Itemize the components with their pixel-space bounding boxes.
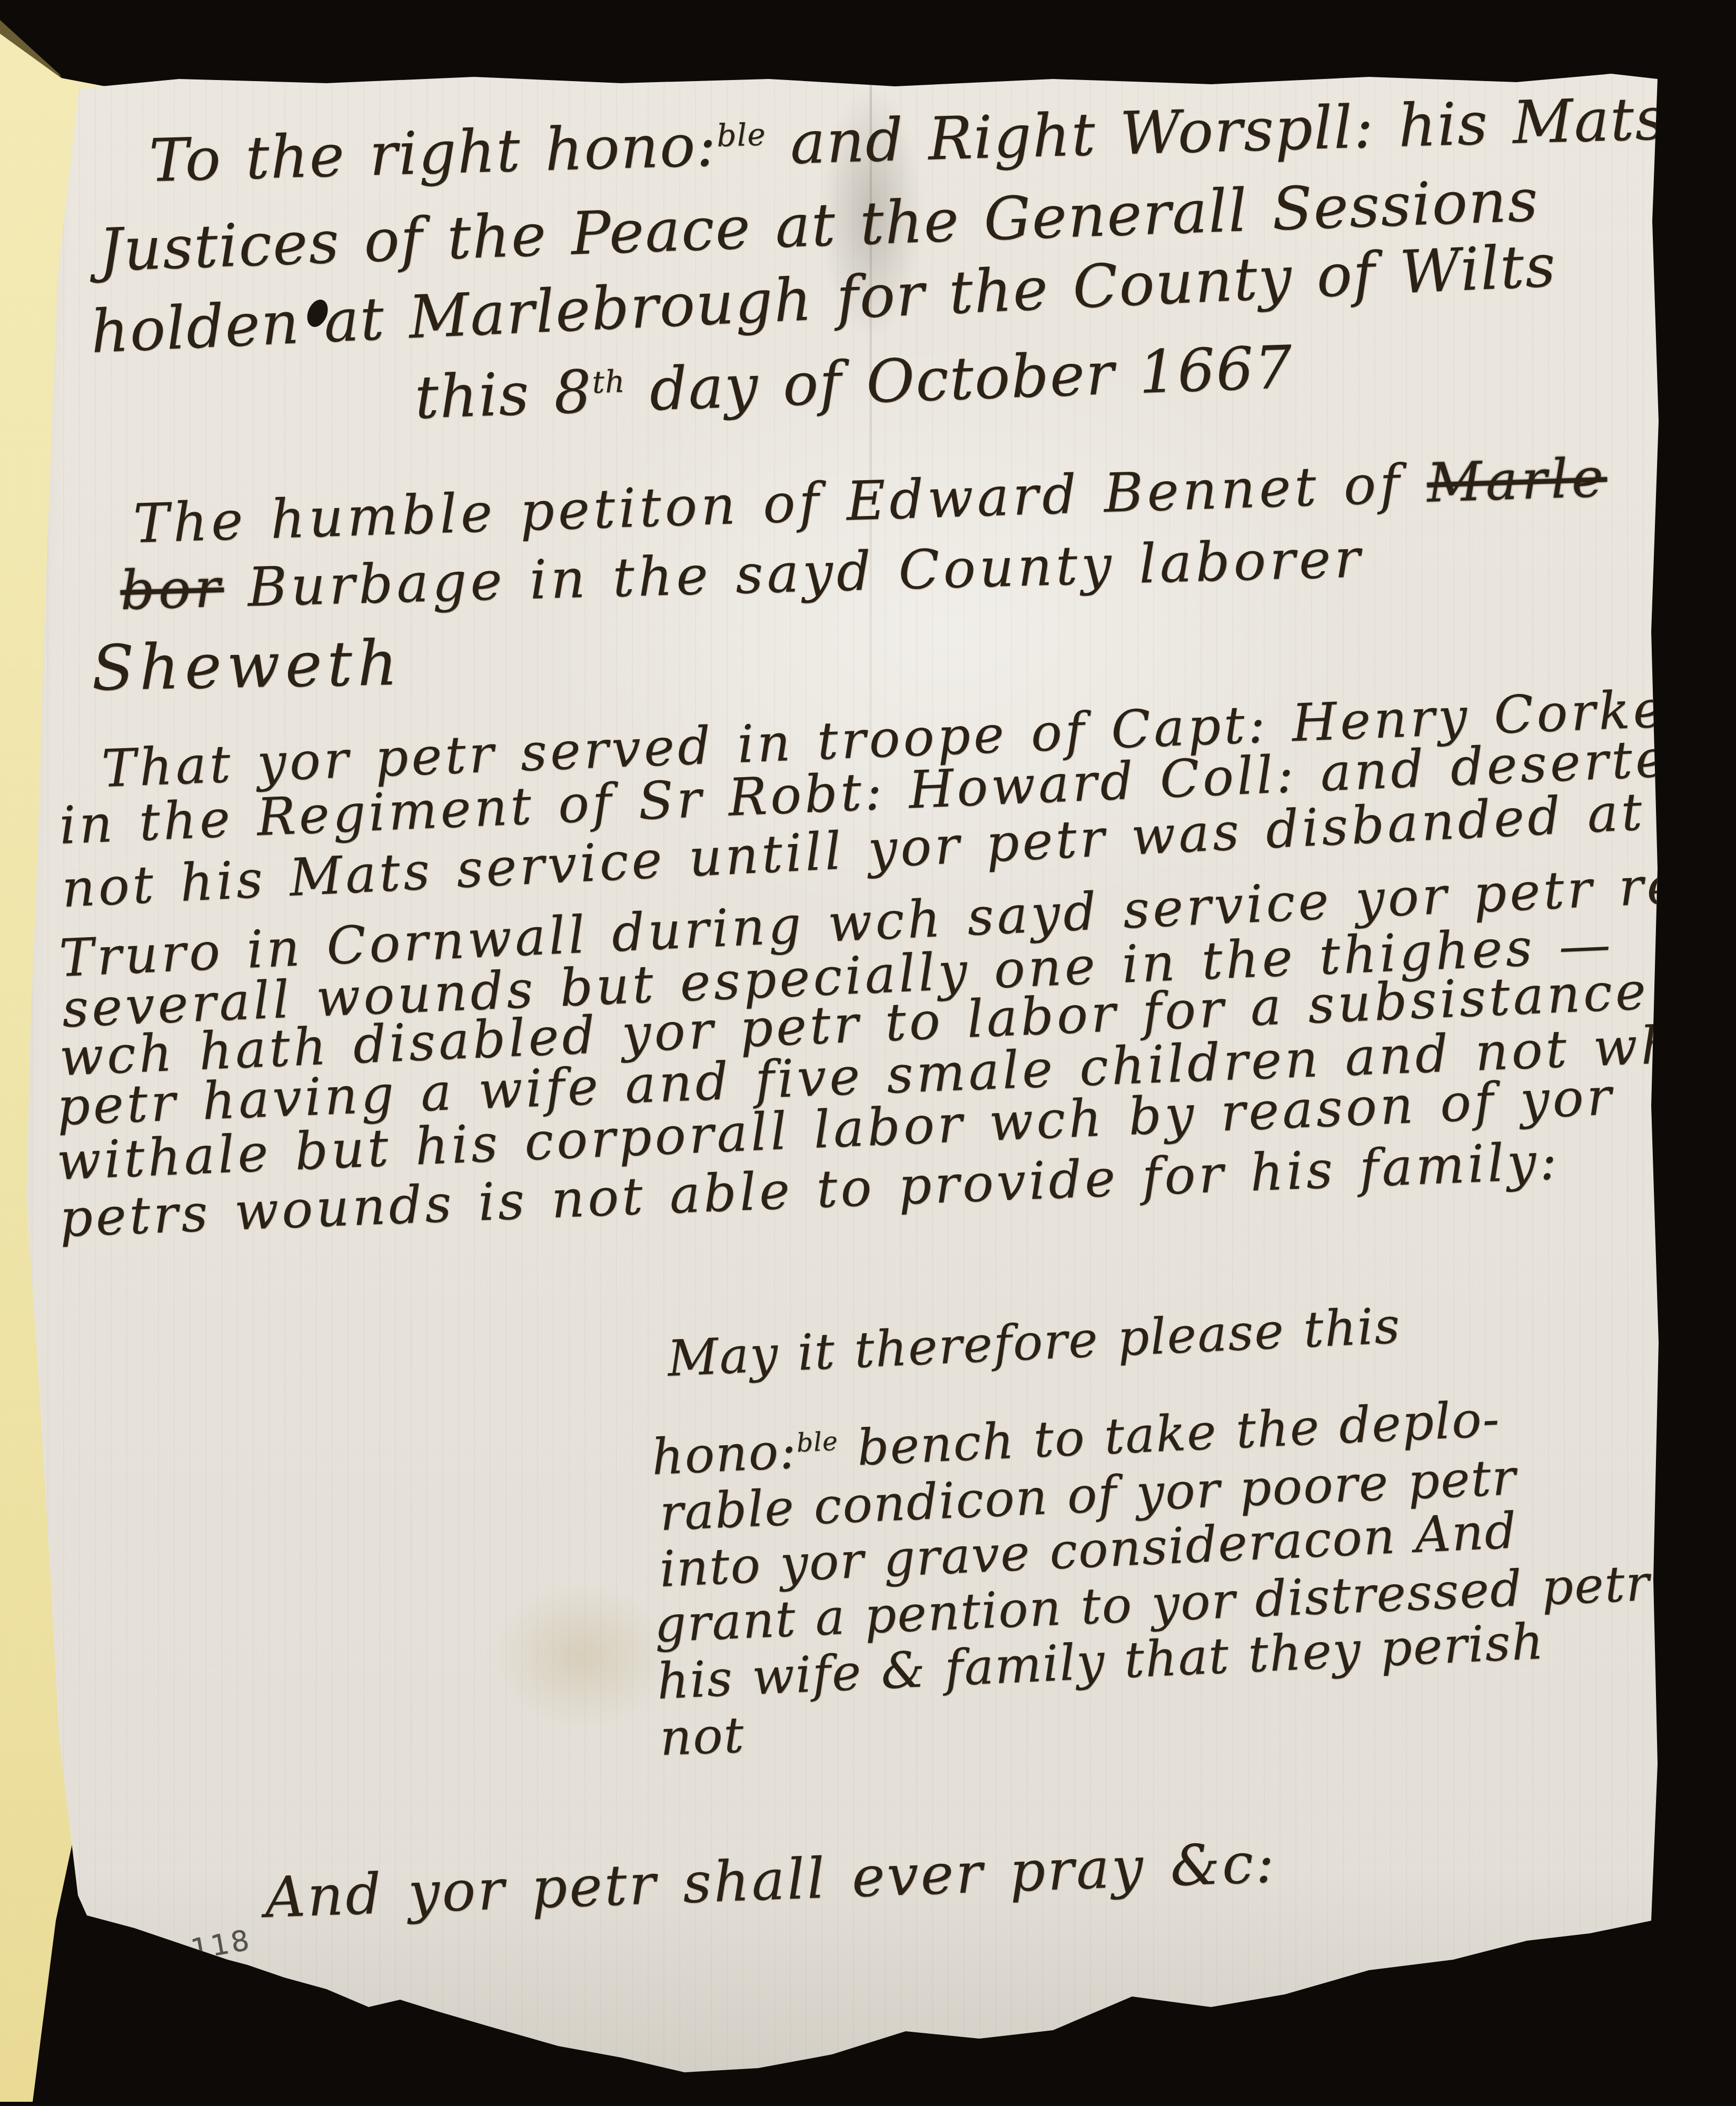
closing-line-2-superscript: ble: [796, 1426, 839, 1458]
closing-line-7: not: [659, 1711, 746, 1763]
photograph-scene: To the right hono:ble and Right Worspll:…: [0, 0, 1736, 2106]
closing-line-2-pre: hono:: [650, 1423, 798, 1486]
heading-line-4-superscript: th: [591, 363, 626, 400]
heading-line-1-superscript: ble: [716, 116, 766, 154]
petition-line-2-struck-word: bor: [120, 557, 225, 622]
petition-paper: To the right hono:ble and Right Worspll:…: [0, 0, 1736, 2106]
sheweth-salutation: Sheweth: [91, 632, 403, 699]
paper-stain: [495, 1585, 669, 1727]
heading-line-4-pre: this 8: [414, 357, 594, 432]
petition-line-1-struck-word: Marle: [1426, 446, 1608, 515]
